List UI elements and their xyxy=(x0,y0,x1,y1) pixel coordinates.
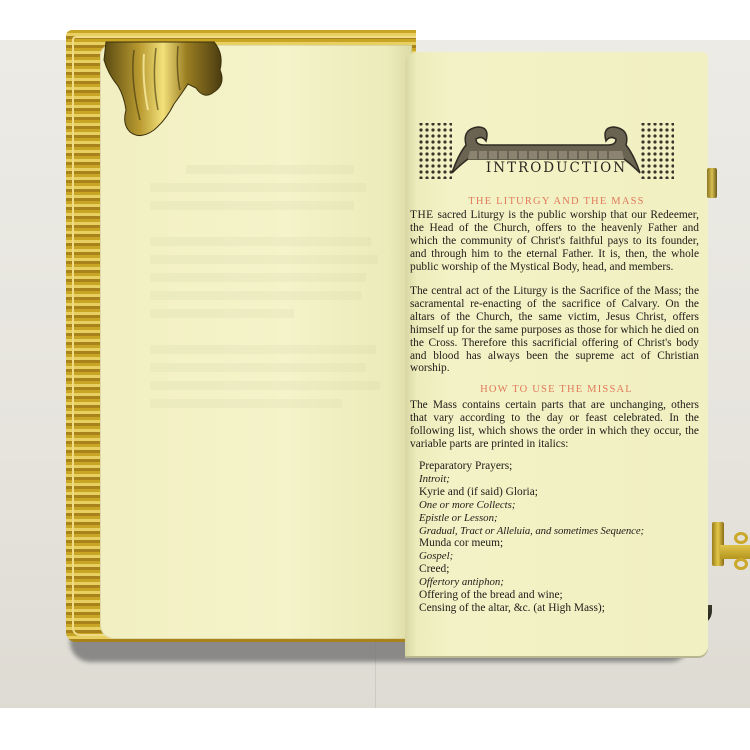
paragraph-body: sacred Liturgy is the public worship tha… xyxy=(410,209,699,273)
list-item: Offering of the bread and wine; xyxy=(419,589,704,602)
clasp-ring-lower xyxy=(734,558,748,570)
list-item: Kyrie and (if said) Gloria; xyxy=(419,486,704,499)
list-item: Preparatory Prayers; xyxy=(419,460,704,473)
list-item: Gradual, Tract or Alleluia, and sometime… xyxy=(419,525,704,538)
clasp-hinge-bottom xyxy=(712,522,724,566)
clasp-catch xyxy=(720,545,750,559)
brass-hand-clasp-icon xyxy=(96,40,232,140)
clasp-ring-upper xyxy=(734,532,748,544)
clasp-hinge-top xyxy=(707,168,717,198)
list-item: One or more Collects; xyxy=(419,499,704,512)
list-item: Epistle or Lesson; xyxy=(419,512,704,525)
list-item: Censing of the altar, &c. (at High Mass)… xyxy=(419,602,704,615)
list-item: Munda cor meum; xyxy=(419,537,704,550)
list-item: Offertory antiphon; xyxy=(419,576,704,589)
paragraph-missal-1: The Mass contains certain parts that are… xyxy=(410,399,699,451)
section-heading-missal: HOW TO USE THE MISSAL xyxy=(405,384,708,395)
order-of-mass-list: Preparatory Prayers; Introit; Kyrie and … xyxy=(419,460,704,615)
section-heading-liturgy: THE LITURGY AND THE MASS xyxy=(405,196,708,207)
paragraph-lead-word: THE xyxy=(410,209,434,221)
list-item: Gospel; xyxy=(419,550,704,563)
list-item: Creed; xyxy=(419,563,704,576)
list-item: Introit; xyxy=(419,473,704,486)
page-title: INTRODUCTION xyxy=(405,160,708,176)
show-through-text xyxy=(150,165,390,417)
paragraph-liturgy-2: The central act of the Liturgy is the Sa… xyxy=(410,285,699,375)
paragraph-liturgy-1: THE sacred Liturgy is the public worship… xyxy=(410,209,699,274)
